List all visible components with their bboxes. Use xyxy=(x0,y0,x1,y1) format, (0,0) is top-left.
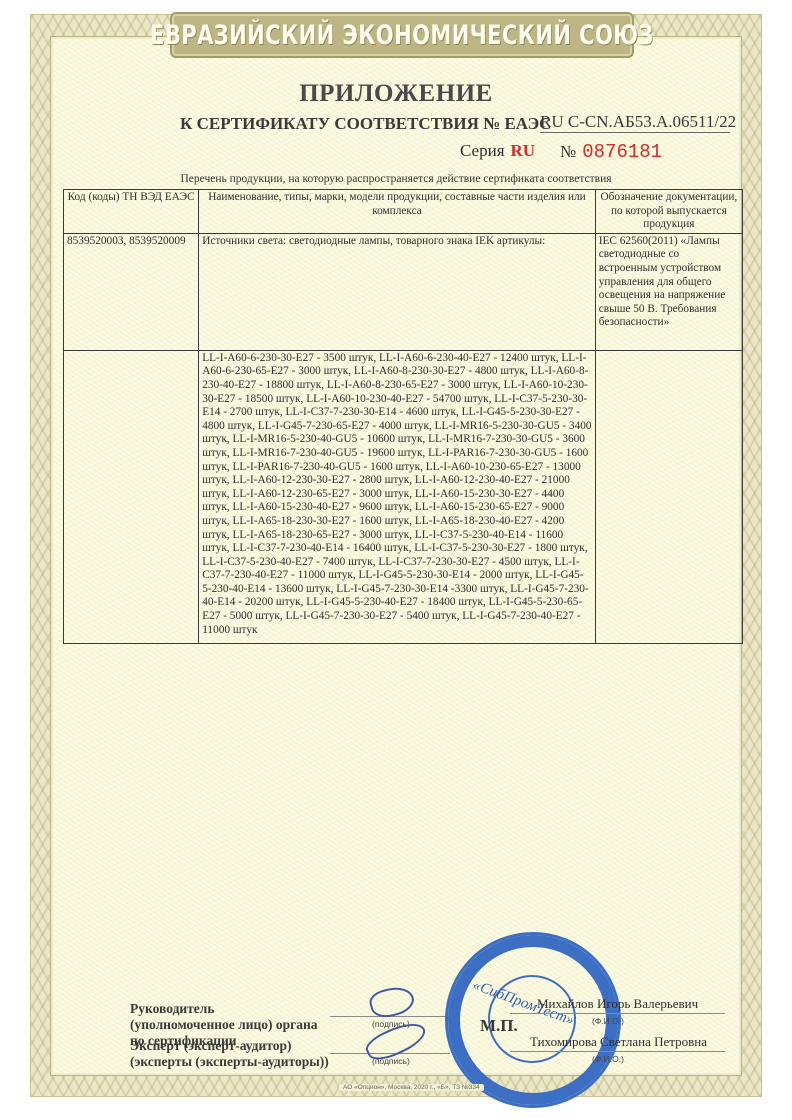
table-row: LL-I-A60-6-230-30-E27 - 3500 штук, LL-I-… xyxy=(64,350,743,643)
cell-name: LL-I-A60-6-230-30-E27 - 3500 штук, LL-I-… xyxy=(199,350,596,643)
header-doc: Обозначение документации, по которой вып… xyxy=(595,190,742,234)
expert-name: Тихомирова Светлана Петровна xyxy=(530,1034,707,1050)
expert-fio-caption: (Ф.И.О.) xyxy=(592,1054,624,1064)
header-codes: Код (коды) ТН ВЭД ЕАЭС xyxy=(64,190,199,234)
cell-name: Источники света: светодиодные лампы, тов… xyxy=(199,233,596,350)
certificate-prefix: К СЕРТИФИКАТУ СООТВЕТСТВИЯ № ЕАЭС xyxy=(180,114,551,134)
number-label: № xyxy=(560,142,576,161)
cell-codes: 8539520003, 8539520009 xyxy=(64,233,199,350)
expert-label: Эксперт (эксперт-аудитор) (эксперты (экс… xyxy=(130,1038,350,1070)
series: СерияRU xyxy=(460,141,535,161)
cell-codes xyxy=(64,350,199,643)
table-row: 8539520003, 8539520009 Источники света: … xyxy=(64,233,743,350)
cell-doc: IEC 62560(2011) «Лампы светодиодные со в… xyxy=(595,233,742,350)
printer-note: АО «Опцион», Москва, 2020 г., «Б», ТЗ №3… xyxy=(339,1084,484,1091)
number-value: 0876181 xyxy=(582,141,662,163)
series-label: Серия xyxy=(460,141,505,160)
table-header-row: Код (коды) ТН ВЭД ЕАЭС Наименование, тип… xyxy=(64,190,743,234)
union-banner: ЕВРАЗИЙСКИЙ ЭКОНОМИЧЕСКИЙ СОЮЗ xyxy=(170,12,634,58)
page-title: ПРИЛОЖЕНИЕ xyxy=(0,80,792,108)
blank-number: №0876181 xyxy=(560,141,662,163)
series-value: RU xyxy=(511,141,536,160)
cell-doc xyxy=(595,350,742,643)
header-name: Наименование, типы, марки, модели продук… xyxy=(199,190,596,234)
seal-label: М.П. xyxy=(480,1016,518,1036)
products-table: Код (коды) ТН ВЭД ЕАЭС Наименование, тип… xyxy=(63,189,743,644)
head-name-line xyxy=(510,1013,725,1014)
head-name: Михайлов Игорь Валерьевич xyxy=(537,996,698,1012)
expert-name-line xyxy=(510,1051,725,1052)
union-title: ЕВРАЗИЙСКИЙ ЭКОНОМИЧЕСКИЙ СОЮЗ xyxy=(150,20,654,51)
head-fio-caption: (Ф.И.О.) xyxy=(592,1016,624,1026)
certificate-number: RU C-CN.АБ53.А.06511/22 xyxy=(540,112,730,133)
table-caption: Перечень продукции, на которую распростр… xyxy=(0,173,792,185)
